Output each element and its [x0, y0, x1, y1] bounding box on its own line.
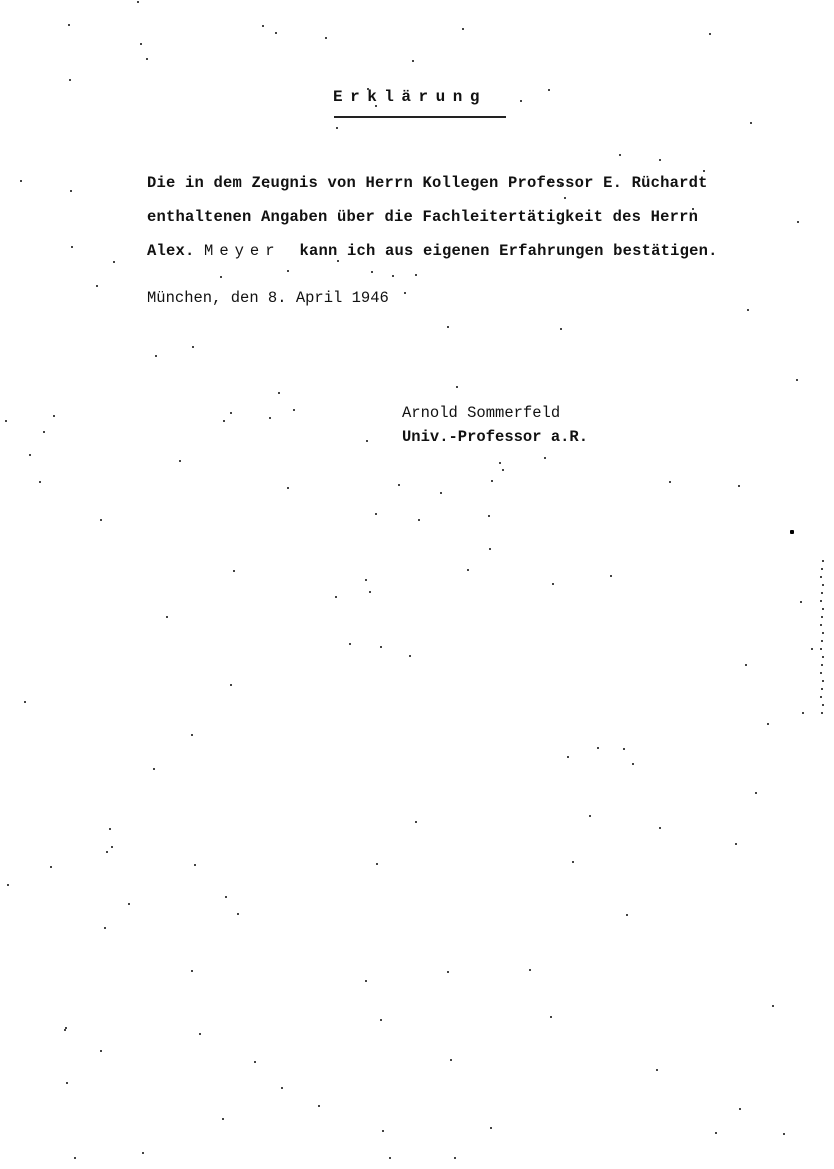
speck: [548, 89, 550, 91]
speck: [53, 415, 55, 417]
speck: [269, 417, 271, 419]
speck: [502, 469, 504, 471]
speck: [454, 1157, 456, 1159]
speck: [43, 431, 45, 433]
speck: [549, 180, 551, 182]
edge-speck: [822, 656, 824, 658]
speck: [626, 914, 628, 916]
speck: [335, 596, 337, 598]
speck: [529, 969, 531, 971]
speck: [783, 1133, 785, 1135]
speck: [376, 863, 378, 865]
speck: [230, 412, 232, 414]
speck: [560, 328, 562, 330]
speck: [153, 768, 155, 770]
speck: [233, 570, 235, 572]
speck: [589, 815, 591, 817]
body-line-2: enthaltenen Angaben über die Fachleitert…: [147, 208, 698, 226]
speck: [64, 1029, 66, 1031]
speck: [380, 1019, 382, 1021]
edge-speck: [820, 672, 822, 674]
edge-speck: [821, 688, 823, 690]
speck: [146, 58, 148, 60]
speck: [223, 420, 225, 422]
speck: [797, 221, 799, 223]
speck: [237, 913, 239, 915]
speck: [69, 79, 71, 81]
speck: [66, 1082, 68, 1084]
speck: [113, 261, 115, 263]
speck: [50, 866, 52, 868]
speck: [715, 1132, 717, 1134]
speck: [70, 190, 72, 192]
speck: [669, 481, 671, 483]
speck: [29, 454, 31, 456]
speck: [365, 579, 367, 581]
speck: [491, 480, 493, 482]
body-line-1: Die in dem Zeugnis von Herrn Kollegen Pr…: [147, 174, 708, 192]
speck: [447, 971, 449, 973]
speck: [142, 1152, 144, 1154]
speck: [597, 747, 599, 749]
speck: [440, 492, 442, 494]
speck: [703, 170, 705, 172]
speck: [750, 122, 752, 124]
speck: [409, 655, 411, 657]
speck: [499, 462, 501, 464]
speck: [610, 575, 612, 577]
speck: [254, 1061, 256, 1063]
speck: [68, 24, 70, 26]
speck: [550, 1016, 552, 1018]
edge-speck: [820, 600, 822, 602]
speck: [367, 88, 369, 90]
speck: [109, 828, 111, 830]
speck: [811, 648, 813, 650]
speck: [462, 28, 464, 30]
speck: [100, 1050, 102, 1052]
edge-speck: [822, 704, 824, 706]
edge-speck: [822, 632, 824, 634]
title-underline: [334, 116, 506, 118]
speck: [755, 792, 757, 794]
speck: [375, 105, 377, 107]
speck: [100, 519, 102, 521]
edge-speck: [822, 560, 824, 562]
speck: [336, 127, 338, 129]
speck: [560, 184, 562, 186]
speck: [623, 748, 625, 750]
speck: [128, 903, 130, 905]
edge-speck: [821, 664, 823, 666]
speck: [656, 1069, 658, 1071]
speck: [275, 32, 277, 34]
body-line-3-start: Alex.: [147, 242, 204, 260]
speck: [738, 485, 740, 487]
speck: [659, 159, 661, 161]
place-date: München, den 8. April 1946: [147, 289, 389, 307]
speck: [747, 309, 749, 311]
speck: [572, 861, 574, 863]
speck: [96, 285, 98, 287]
speck: [39, 481, 41, 483]
speck: [520, 100, 522, 102]
edge-speck: [822, 680, 824, 682]
speck: [24, 701, 26, 703]
document-page: Erklärung Die in dem Zeugnis von Herrn K…: [0, 0, 834, 1169]
edge-speck: [822, 584, 824, 586]
speck: [230, 684, 232, 686]
speck: [371, 271, 373, 273]
speck: [293, 409, 295, 411]
edge-speck: [821, 640, 823, 642]
speck: [106, 851, 108, 853]
speck: [366, 440, 368, 442]
spaced-name: Meyer: [204, 242, 281, 260]
speck: [467, 569, 469, 571]
speck: [802, 712, 804, 714]
edge-speck: [821, 712, 823, 714]
speck: [767, 723, 769, 725]
speck: [632, 763, 634, 765]
signature-title: Univ.-Professor a.R.: [402, 428, 588, 446]
speck: [456, 386, 458, 388]
edge-speck: [820, 624, 822, 626]
speck: [318, 1105, 320, 1107]
speck: [111, 846, 113, 848]
speck: [375, 513, 377, 515]
edge-speck: [821, 592, 823, 594]
speck: [281, 1087, 283, 1089]
speck: [490, 1127, 492, 1129]
speck: [380, 646, 382, 648]
speck: [140, 43, 142, 45]
speck: [564, 197, 566, 199]
speck: [619, 154, 621, 156]
speck: [5, 420, 7, 422]
speck: [349, 643, 351, 645]
speck: [392, 275, 394, 277]
speck: [137, 1, 139, 3]
speck: [365, 980, 367, 982]
speck: [278, 392, 280, 394]
speck: [191, 734, 193, 736]
speck: [287, 487, 289, 489]
speck: [389, 1157, 391, 1159]
speck: [412, 60, 414, 62]
speck: [544, 457, 546, 459]
speck: [337, 260, 339, 262]
document-title: Erklärung: [333, 88, 487, 106]
speck: [709, 33, 711, 35]
speck: [179, 460, 181, 462]
speck: [262, 25, 264, 27]
speck: [220, 276, 222, 278]
speck: [287, 270, 289, 272]
speck: [739, 1108, 741, 1110]
speck: [404, 292, 406, 294]
speck: [796, 379, 798, 381]
speck: [567, 756, 569, 758]
speck: [191, 970, 193, 972]
signature-name: Arnold Sommerfeld: [402, 404, 560, 422]
speck: [447, 326, 449, 328]
speck: [267, 186, 269, 188]
edge-speck: [820, 696, 822, 698]
speck: [745, 664, 747, 666]
speck: [552, 583, 554, 585]
speck: [450, 1059, 452, 1061]
speck: [418, 519, 420, 521]
body-line-3: Alex. Meyer kann ich aus eigenen Erfahru…: [147, 242, 718, 260]
scan-mark: [790, 530, 794, 534]
speck: [415, 274, 417, 276]
body-line-3-end: kann ich aus eigenen Erfahrungen bestäti…: [281, 242, 718, 260]
speck: [199, 1033, 201, 1035]
edge-speck: [821, 568, 823, 570]
speck: [71, 246, 73, 248]
speck: [194, 864, 196, 866]
speck: [225, 896, 227, 898]
speck: [166, 616, 168, 618]
speck: [325, 37, 327, 39]
speck: [659, 827, 661, 829]
speck: [415, 821, 417, 823]
edge-speck: [820, 648, 822, 650]
speck: [192, 346, 194, 348]
edge-speck: [822, 608, 824, 610]
speck: [20, 180, 22, 182]
edge-speck: [820, 576, 822, 578]
speck: [692, 208, 694, 210]
speck: [800, 601, 802, 603]
speck: [369, 591, 371, 593]
speck: [74, 1157, 76, 1159]
speck: [382, 1130, 384, 1132]
speck: [772, 1005, 774, 1007]
speck: [489, 548, 491, 550]
edge-speck: [821, 616, 823, 618]
speck: [735, 843, 737, 845]
speck: [7, 884, 9, 886]
speck: [488, 515, 490, 517]
speck: [222, 1118, 224, 1120]
speck: [398, 484, 400, 486]
speck: [104, 927, 106, 929]
speck: [155, 355, 157, 357]
